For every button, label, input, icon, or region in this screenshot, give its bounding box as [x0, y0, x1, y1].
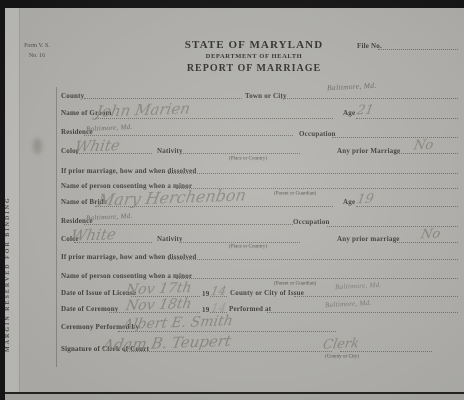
groom-nativity-line [181, 153, 300, 154]
license-year-prefix: 19 [202, 291, 209, 298]
license-year-line [210, 296, 227, 297]
bride-age-line [356, 206, 458, 207]
groom-residence-stamp: Baltimore, Md. [86, 124, 133, 133]
town-line [281, 98, 458, 99]
license-place-label: County or City of Issue [230, 290, 304, 297]
county-label: County [61, 93, 84, 100]
license-date-value: Nov 17th [125, 281, 193, 297]
groom-color-line [76, 153, 152, 154]
bride-age-label: Age [343, 199, 355, 206]
county-line [84, 98, 242, 99]
form-ref-line: Form V. S. [20, 41, 54, 51]
license-place-line [294, 296, 458, 297]
place-stamp: Baltimore, Md. [327, 82, 377, 92]
groom-nativity-hint: (Place or Country) [229, 156, 267, 161]
file-no-line [378, 49, 458, 50]
groom-prior-line [394, 153, 458, 154]
bride-nativity-line [181, 242, 300, 243]
groom-occupation-line [332, 137, 458, 138]
performed-at-line [267, 312, 458, 313]
groom-nativity-label: Nativity [157, 148, 183, 155]
header-state: STATE OF MARYLAND [154, 40, 354, 51]
ceremony-date-line [109, 312, 200, 313]
ceremony-date-value: Nov 18th [125, 297, 193, 313]
scanned-marriage-report: MARGIN RESERVED FOR BINDING Form V. S. N… [0, 0, 464, 400]
bride-prior-label: Any prior marriage [337, 236, 400, 243]
groom-age-label: Age [343, 110, 355, 117]
left-form-rule [56, 87, 57, 367]
bride-color-line [74, 242, 152, 243]
groom-name-value: John Marien [95, 101, 192, 119]
clerk-title-line [340, 351, 432, 352]
groom-occupation-label: Occupation [299, 131, 336, 138]
performed-by-value: Albert E. Smith [122, 314, 234, 332]
groom-prior-label: Any prior Marriage [337, 148, 400, 155]
groom-consent-hint: (Parent or Guardian) [274, 191, 316, 196]
scan-border-top [0, 0, 464, 8]
bride-consent-line [176, 278, 458, 279]
scan-bottom-area [5, 394, 464, 400]
bride-consent-label: Name of person consenting when a minor [61, 273, 192, 280]
document-header: STATE OF MARYLAND DEPARTMENT OF HEALTH R… [154, 40, 354, 74]
performed-at-stamp: Baltimore, Md. [325, 300, 372, 309]
paper-edge-line [19, 8, 20, 394]
bride-age-value: 19 [356, 193, 375, 207]
bride-nativity-hint: (Place or Country) [229, 244, 267, 249]
form-reference: Form V. S. No. 16 [20, 41, 54, 61]
bride-prior-value: No [420, 228, 441, 242]
groom-name-line [95, 118, 333, 119]
bride-consent-hint: (Parent or Guardian) [274, 281, 316, 286]
bride-prior-line [394, 242, 458, 243]
header-department: DEPARTMENT OF HEALTH [154, 54, 354, 61]
document-title: REPORT OF MARRIAGE [154, 64, 354, 74]
clerk-title-value: Clerk [322, 337, 360, 351]
bride-nativity-label: Nativity [157, 236, 183, 243]
performed-at-label: Performed at [229, 306, 271, 313]
groom-dissolved-line [168, 173, 458, 174]
bride-name-line [95, 206, 333, 207]
groom-age-line [356, 118, 458, 119]
license-place-stamp: Baltimore, Md. [335, 282, 382, 291]
ink-smudge [33, 138, 42, 154]
clerk-signature-line [124, 351, 332, 352]
margin-binding-note: MARGIN RESERVED FOR BINDING [5, 112, 17, 352]
bride-residence-stamp: Baltimore, Md. [86, 213, 133, 222]
bride-dissolved-line [168, 259, 458, 260]
groom-prior-value: No [413, 139, 434, 153]
bride-occupation-label: Occupation [293, 219, 330, 226]
form-no-line: No. 16 [20, 51, 54, 61]
groom-age-value: 21 [356, 104, 375, 118]
clerk-hint: (County or City) [325, 354, 359, 359]
